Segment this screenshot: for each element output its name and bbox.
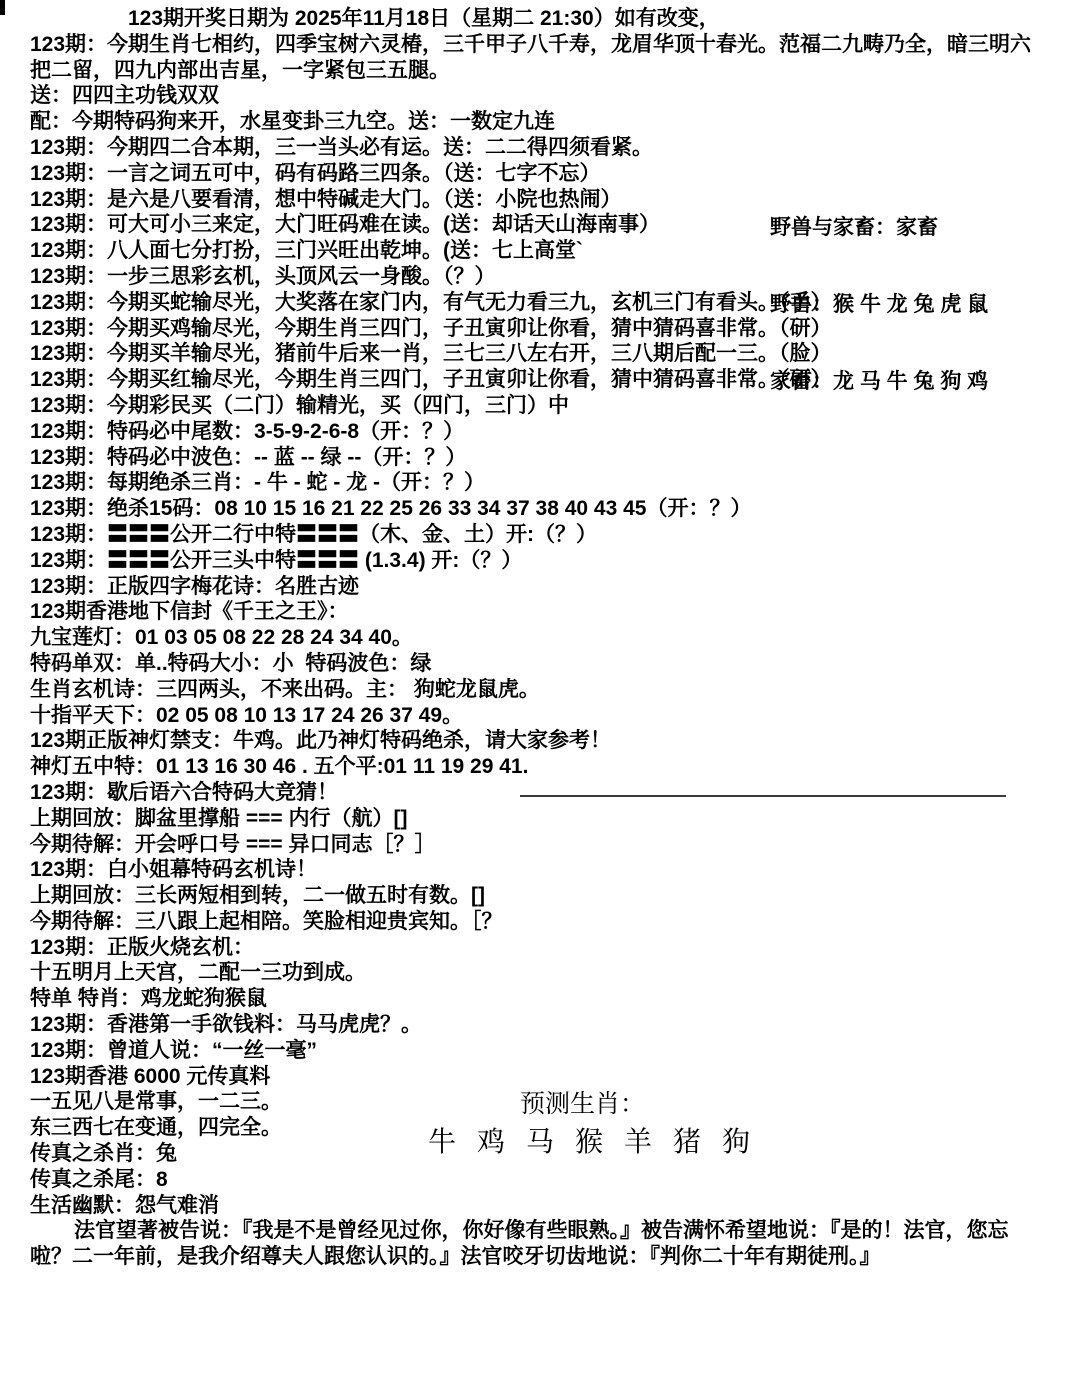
draw-date-notice: 123期开奖日期为 2025年11月18日（星期二 21:30）如有改变， — [128, 6, 1046, 32]
text-line: 123期：正版火烧玄机： — [30, 935, 1046, 961]
text-line: 十指平天下：02 05 08 10 13 17 24 26 37 49。 — [30, 703, 1046, 729]
text-line: 今期待解：开会呼口号 === 异口同志［？］ — [30, 832, 1046, 858]
text-line: 123期：香港第一手欲钱料：马马虎虎？。 — [30, 1012, 1046, 1038]
text-line: 特单 特肖：鸡龙蛇狗猴鼠 — [30, 986, 1046, 1012]
text-line: 123期正版神灯禁支：牛鸡。此乃神灯特码绝杀，请大家参考！ — [30, 728, 1046, 754]
text-line: 特码单双：单..特码大小：小 特码波色：绿 — [30, 651, 1046, 677]
livestock-list: 家畜：龙 马 牛 兔 狗 鸡 — [770, 369, 988, 395]
beast-livestock-answer: 野兽与家畜：家畜 — [770, 215, 988, 241]
text-line: 123期：正版四字梅花诗：名胜古迹 — [30, 574, 1046, 600]
text-line: 123期：白小姐幕特码玄机诗！ — [30, 857, 1046, 883]
humor-joke-paragraph: 法官望著被告说：『我是不是曾经见过你，你好像有些眼熟。』被告满怀希望地说：『是的… — [30, 1218, 1046, 1270]
text-line: 传真之杀尾：8 — [30, 1167, 1046, 1193]
text-line: 123期：特码必中波色：-- 蓝 -- 绿 --（开：？） — [30, 445, 1046, 471]
text-line: 123期：〓〓〓公开三头中特〓〓〓 (1.3.4) 开:（？） — [30, 548, 1046, 574]
text-line: 生肖玄机诗：三四两头，不来出码。主： 狗蛇龙鼠虎。 — [30, 677, 1046, 703]
horizontal-divider — [520, 795, 1006, 797]
text-line: 神灯五中特：01 13 16 30 46 . 五个平:01 11 19 29 4… — [30, 754, 1046, 780]
text-line: 配：今期特码狗来开，水星变卦三九空。送：一数定九连 — [30, 109, 1046, 135]
issue-poem-paragraph: 123期：今期生肖七相约，四季宝树六灵椿，三千甲子八千寿，龙眉华顶十春光。范福二… — [30, 32, 1046, 84]
text-line: 生活幽默：怨气难消 — [30, 1193, 1046, 1219]
text-line: 123期：每期绝杀三肖：- 牛 - 蛇 - 龙 -（开：？） — [30, 470, 1046, 496]
text-line: 123期：特码必中尾数：3-5-9-2-6-8（开：？） — [30, 419, 1046, 445]
prediction-zodiac-label: 预测生肖： — [520, 1084, 645, 1120]
text-line: 上期回放：三长两短相到转，二一做五时有数。[] — [30, 883, 1046, 909]
text-line: 123期：今期四二合本期，三一当头必有运。送：二二得四须看紧。 — [30, 135, 1046, 161]
text-line: 十五明月上天宫，二配一三功到成。 — [30, 960, 1046, 986]
text-line: 123期：曾道人说：“一丝一毫” — [30, 1038, 1046, 1064]
beast-livestock-panel: 野兽与家畜：家畜 野兽：猴 牛 龙 兔 虎 鼠 家畜：龙 马 牛 兔 狗 鸡 — [770, 163, 988, 421]
beast-list: 野兽：猴 牛 龙 兔 虎 鼠 — [770, 292, 988, 318]
text-line: 123期：绝杀15码：08 10 15 16 21 22 25 26 33 34… — [30, 496, 1046, 522]
text-line: 送：四四主功钱双双 — [30, 83, 1046, 109]
text-line: 九宝莲灯：01 03 05 08 22 28 24 34 40。 — [30, 625, 1046, 651]
text-line: 123期：歇后语六合特码大竞猜！ — [30, 780, 1046, 806]
text-line: 今期待解：三八跟上起相陪。笑脸相迎贵宾知。［？ — [30, 909, 1046, 935]
text-line: 上期回放：脚盆里撑船 === 内行（航）[] — [30, 806, 1046, 832]
scan-artifact-mark — [0, 0, 5, 15]
text-line: 123期香港地下信封《千王之王》： — [30, 599, 1046, 625]
prediction-zodiac-list: 牛 鸡 马 猴 羊 猪 狗 — [428, 1120, 750, 1160]
text-line: 123期：〓〓〓公开二行中特〓〓〓（木、金、土）开:（？） — [30, 522, 1046, 548]
